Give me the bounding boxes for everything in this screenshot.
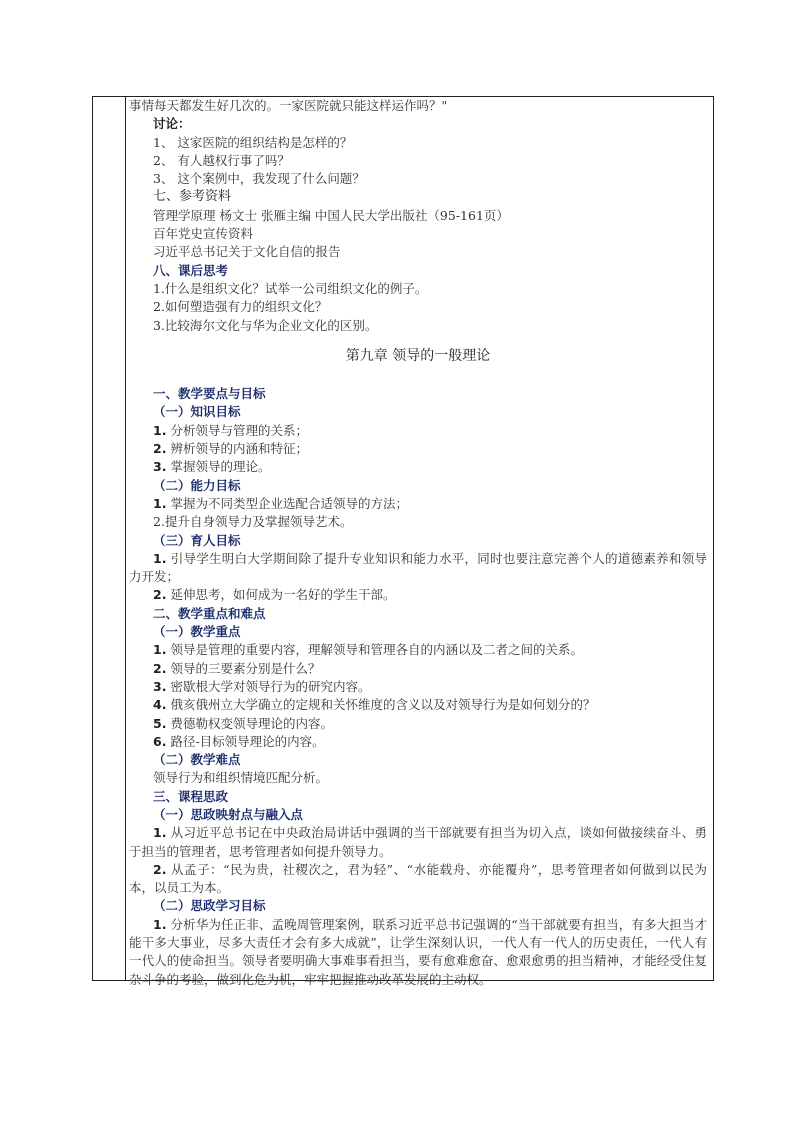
list-item: 3. 掌握领导的理论。 [129,458,707,476]
list-item: 2. 领导的三要素分别是什么？ [129,660,707,678]
reference-item: 管理学原理 杨文士 张雁主编 中国人民大学出版社（95-161页） [129,207,707,225]
subsection-heading: （二）能力目标 [129,477,707,495]
references-heading: 七、参考资料 [129,188,707,206]
list-item: 2.提升自身领导力及掌握领导艺术。 [129,513,707,531]
list-item: 6. 路径-目标领导理论的内容。 [129,733,707,751]
discussion-item: 2、 有人越权行事了吗？ [129,152,707,170]
reference-item: 习近平总书记关于文化自信的报告 [129,243,707,261]
discussion-label: 讨论： [129,115,707,133]
list-item: 4. 俄亥俄州立大学确立的定规和关怀维度的含义以及对领导行为是如何划分的？ [129,696,707,714]
section-heading: 三、课程思政 [129,788,707,806]
paragraph-item: 1. 引导学生明白大学期间除了提升专业知识和能力水平，同时也要注意完善个人的道德… [129,550,707,587]
list-item: 1. 掌握为不同类型企业选配合适领导的方法； [129,495,707,513]
list-item: 3. 密歇根大学对领导行为的研究内容。 [129,678,707,696]
reflection-item: 2.如何塑造强有力的组织文化？ [129,298,707,316]
subsection-heading: （三）育人目标 [129,532,707,550]
chapter-title: 第九章 领导的一般理论 [129,347,707,365]
list-item: 5. 费德勒权变领导理论的内容。 [129,715,707,733]
table-content-cell: 事情每天都发生好几次的。一家医院就只能这样运作吗？" 讨论： 1、 这家医院的组… [129,97,707,989]
discussion-item: 1、 这家医院的组织结构是怎样的？ [129,134,707,152]
discussion-item: 3、 这个案例中，我发现了什么问题？ [129,170,707,188]
section-heading: 二、教学重点和难点 [129,605,707,623]
reflection-item: 3.比较海尔文化与华为企业文化的区别。 [129,317,707,335]
paragraph-item: 1. 分析华为任正非、孟晚周管理案例，联系习近平总书记强调的“当干部就要有担当，… [129,916,707,989]
subsection-heading: （二）思政学习目标 [129,897,707,915]
subsection-heading: （一）教学重点 [129,623,707,641]
table-left-column [93,97,126,980]
reference-item: 百年党史宣传资料 [129,225,707,243]
subsection-heading: （一）思政映射点与融入点 [129,806,707,824]
list-item: 1. 领导是管理的重要内容，理解领导和管理各自的内涵以及二者之间的关系。 [129,641,707,659]
case-text-tail: 事情每天都发生好几次的。一家医院就只能这样运作吗？" [129,97,707,115]
difficulty-text: 领导行为和组织情境匹配分析。 [129,769,707,787]
subsection-heading: （一）知识目标 [129,403,707,421]
lesson-plan-table: 事情每天都发生好几次的。一家医院就只能这样运作吗？" 讨论： 1、 这家医院的组… [92,96,714,981]
reflection-item: 1.什么是组织文化？试举一公司组织文化的例子。 [129,280,707,298]
list-item: 2. 延伸思考，如何成为一名好的学生干部。 [129,586,707,604]
reflection-heading: 八、课后思考 [129,262,707,280]
paragraph-item: 1. 从习近平总书记在中央政治局讲话中强调的当干部就要有担当为切入点，谈如何做接… [129,824,707,861]
subsection-heading: （二）教学难点 [129,751,707,769]
list-item: 2. 辨析领导的内涵和特征； [129,440,707,458]
list-item: 1. 分析领导与管理的关系； [129,422,707,440]
section-heading: 一、教学要点与目标 [129,385,707,403]
paragraph-item: 2. 从孟子：“民为贵，社稷次之，君为轻”、“水能载舟、亦能覆舟”，思考管理者如… [129,861,707,898]
